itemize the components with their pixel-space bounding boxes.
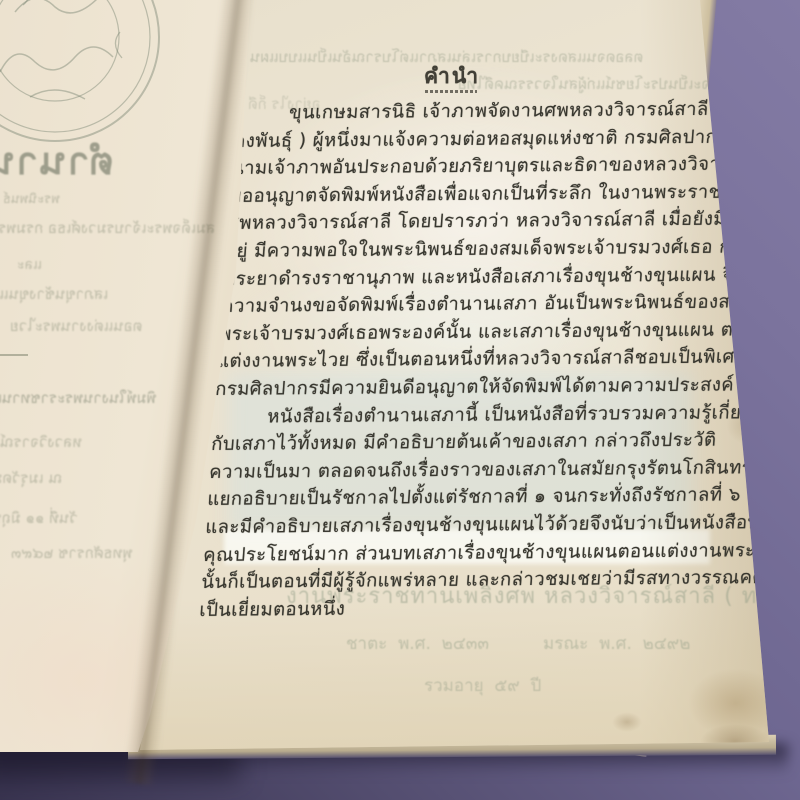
ghost-mirrored-title: ตำนานเสภา bbox=[0, 130, 114, 191]
heading-underline bbox=[425, 90, 477, 93]
book-photograph: ตลอดจนแสดงระเบียบการเล่นเสภาแต่โบราณอันเ… bbox=[0, 0, 800, 800]
ghost-mirrored-line: พระนิพนธ์ bbox=[3, 188, 60, 209]
preface-line: แยกอธิบายเป็นรัชกาลไปตั้งแต่รัชกาลที่ ๑ … bbox=[206, 482, 708, 514]
preface-line: กับเสภาไว้ทั้งหมด มีคำอธิบายต้นเค้าของเส… bbox=[210, 427, 712, 459]
preface-line: พระยาดำรงราชานุภาพ และหนังสือเสภาเรื่องข… bbox=[222, 261, 724, 293]
page-stain bbox=[612, 712, 642, 732]
ghost-mirrored-line: เสภาขุนช้างขุนแผน bbox=[0, 282, 108, 306]
ghost-mirrored-line: ณ เมรุวัดมกุฏกษัตริยาราม bbox=[0, 466, 62, 490]
preface-line: กรมศิลปากรมีความยินดีอนุญาตให้จัดพิมพ์ได… bbox=[214, 372, 716, 404]
ghost-mirrored-line: หลวงวิจารณ์สาลี ( ทรัพย์ คงพันธุ์ ) bbox=[0, 430, 82, 454]
ghost-dates-line: ชาตะ พ.ศ. ๒๔๓๓ มรณะ พ.ศ. ๒๔๙๒ bbox=[346, 630, 690, 657]
preface-line: ขุนเกษมสารนิธิ เจ้าภาพจัดงานศพหลวงวิจารณ… bbox=[234, 96, 736, 128]
preface-line: อยู่ มีความพอใจในพระนิพนธ์ของสมเด็จพระเจ… bbox=[224, 234, 726, 266]
ghost-mirrored-line: ตอนแต่งงานพระไวย bbox=[10, 314, 143, 338]
preface-line: นั้นก็เป็นตอนที่มีผู้รู้จักแพร่หลาย และก… bbox=[200, 565, 702, 597]
preface-line: คุณประโยชน์มาก ส่วนบทเสภาเรื่องขุนช้างขุ… bbox=[202, 537, 704, 569]
preface-line: ความเป็นมา ตลอดจนถึงเรื่องราวของเสภาในสม… bbox=[208, 454, 710, 486]
ghost-mirrored-line: และ bbox=[17, 254, 42, 276]
ghost-mirrored-line: วันที่ ๑๑ มิถุนายน bbox=[0, 506, 78, 530]
ghost-showthrough-line: อันจะเป็นประโยชน์แก่ผู้สนใจวรรณคดีไทย bbox=[458, 72, 729, 96]
ghost-mirrored-line: พิมพ์ในงานพระราชทานเพลิงศพ bbox=[0, 386, 156, 410]
preface-text-block: ขุนเกษมสารนิธิ เจ้าภาพจัดงานศพหลวงวิจารณ… bbox=[198, 96, 736, 625]
preface-line: ความจำนงขอจัดพิมพ์เรื่องตำนานเสภา อันเป็… bbox=[220, 289, 722, 321]
preface-line: ศพหลวงวิจารณ์สาลี โดยปรารภว่า หลวงวิจารณ… bbox=[226, 206, 728, 238]
preface-line: แต่งงานพระไวย ซึ่งเป็นตอนหนึ่งที่หลวงวิจ… bbox=[216, 344, 718, 376]
preface-line: เป็นเยี่ยมตอนหนึ่ง bbox=[198, 592, 700, 624]
ghost-mirrored-line: พุทธศักราช ๒๔๙๓ bbox=[11, 541, 132, 565]
page-heading: คำนำ bbox=[424, 60, 480, 93]
preface-line: และมีคำอธิบายเสภาเรื่องขุนช้างขุนแผนไว้ด… bbox=[204, 510, 706, 542]
ghost-age-line: รวมอายุ ๕๙ ปี bbox=[424, 672, 541, 699]
ghost-mirrored-line: สมเด็จพระเจ้าบรมวงศ์เธอ กรมพระยาดำรงราชา… bbox=[0, 216, 215, 240]
preface-line: คงพันธุ์ ) ผู้หนึ่งมาแจ้งความต่อหอสมุดแห… bbox=[232, 123, 734, 155]
preface-line: หนังสือเรื่องตำนานเสภานี้ เป็นหนังสือที่… bbox=[212, 399, 714, 431]
preface-line: นามเจ้าภาพอันประกอบด้วยภริยาบุตรและธิดาข… bbox=[230, 151, 732, 183]
preface-line: พระเจ้าบรมวงศ์เธอพระองค์นั้น และเสภาเรื่… bbox=[218, 316, 720, 348]
preface-line: ขออนุญาตจัดพิมพ์หนังสือเพื่อแจกเป็นที่ระ… bbox=[228, 178, 730, 210]
ghost-mirrored-rule bbox=[0, 354, 28, 356]
